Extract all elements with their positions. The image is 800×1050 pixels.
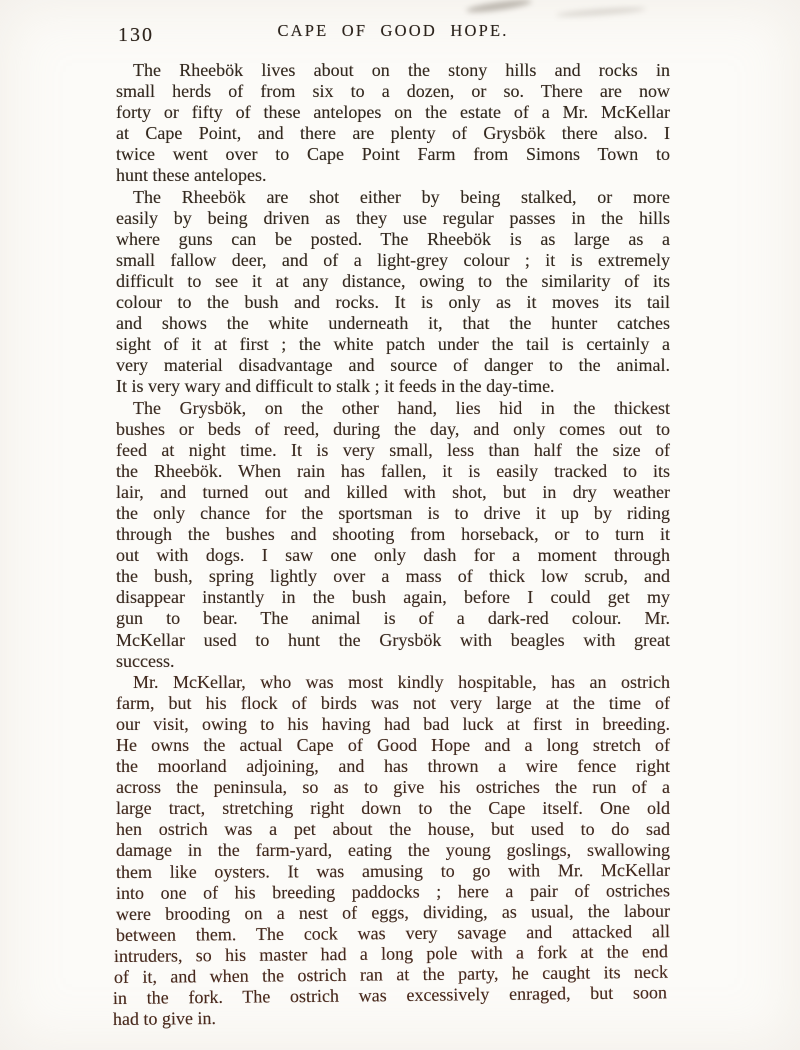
text-line: feed at night time. It is very small, le… [116,440,670,461]
smudge-artifact [466,0,532,15]
text-line: into one of his breeding paddocks ; here… [116,880,670,904]
text-line: the bush, spring lightly over a mass of … [116,566,670,587]
text-line: had to give in. [113,1003,667,1030]
text-line: out with dogs. I saw one only dash for a… [116,545,670,566]
text-line: very material disadvantage and source of… [116,355,670,376]
text-line: McKellar used to hunt the Grysbök with b… [116,630,670,651]
text-line: sight of it at first ; the white patch u… [116,334,670,355]
text-line: our visit, owing to his having had bad l… [116,714,670,735]
text-line: at Cape Point, and there are plenty of G… [116,123,670,144]
text-line: bushes or beds of reed, during the day, … [116,419,670,440]
text-line: and shows the white underneath it, that … [116,313,670,334]
text-line: gun to bear. The animal is of a dark-red… [116,608,670,629]
text-line: through the bushes and shooting from hor… [116,524,670,545]
text-line: lair, and turned out and killed with sho… [116,482,670,503]
text-line: small fallow deer, and of a light-grey c… [116,250,670,271]
text-line: Mr. McKellar, who was most kindly hospit… [116,672,670,693]
text-line: colour to the bush and rocks. It is only… [116,292,670,313]
text-line: disappear instantly in the bush again, b… [116,587,670,608]
text-line: He owns the actual Cape of Good Hope and… [116,735,670,756]
text-line: where guns can be posted. The Rheebök is… [116,229,670,250]
text-line: the Rheebök. When rain has fallen, it is… [116,461,670,482]
text-line: difficult to see it at any distance, owi… [116,271,670,292]
text-line: It is very wary and difficult to stalk ;… [116,376,670,397]
text-line: The Rheebök lives about on the stony hil… [116,60,670,81]
text-line: the only chance for the sportsman is to … [116,503,670,524]
text-line: success. [116,651,670,672]
paragraph: Mr. McKellar, who was most kindly hospit… [116,672,670,1031]
running-title: CAPE OF GOOD HOPE. [116,21,670,41]
text-line: forty or fifty of these antelopes on the… [116,102,670,123]
text-line: across the peninsula, so as to give his … [116,777,670,798]
text-line: hunt these antelopes. [116,165,670,186]
text-line: them like oysters. It was amusing to go … [116,859,670,882]
paragraph: The Rheebök are shot either by being sta… [116,187,670,398]
text-line: the moorland adjoining, and has thrown a… [116,756,670,777]
text-line: damage in the farm-yard, eating the youn… [116,840,670,861]
book-page: 130 CAPE OF GOOD HOPE. The Rheebök lives… [0,0,800,1050]
text-line: The Grysbök, on the other hand, lies hid… [116,398,670,419]
smudge-artifact [556,6,646,18]
page-body: The Rheebök lives about on the stony hil… [116,60,670,1030]
text-line: twice went over to Cape Point Farm from … [116,144,670,165]
text-line: farm, but his flock of birds was not ver… [116,693,670,714]
text-line: hen ostrich was a pet about the house, b… [116,819,670,840]
text-line: easily by being driven as they use regul… [116,208,670,229]
text-line: large tract, stretching right down to th… [116,798,670,819]
text-line: The Rheebök are shot either by being sta… [116,187,670,208]
text-line: small herds of from six to a dozen, or s… [116,81,670,102]
paragraph: The Grysbök, on the other hand, lies hid… [116,398,670,672]
paragraph: The Rheebök lives about on the stony hil… [116,60,670,187]
